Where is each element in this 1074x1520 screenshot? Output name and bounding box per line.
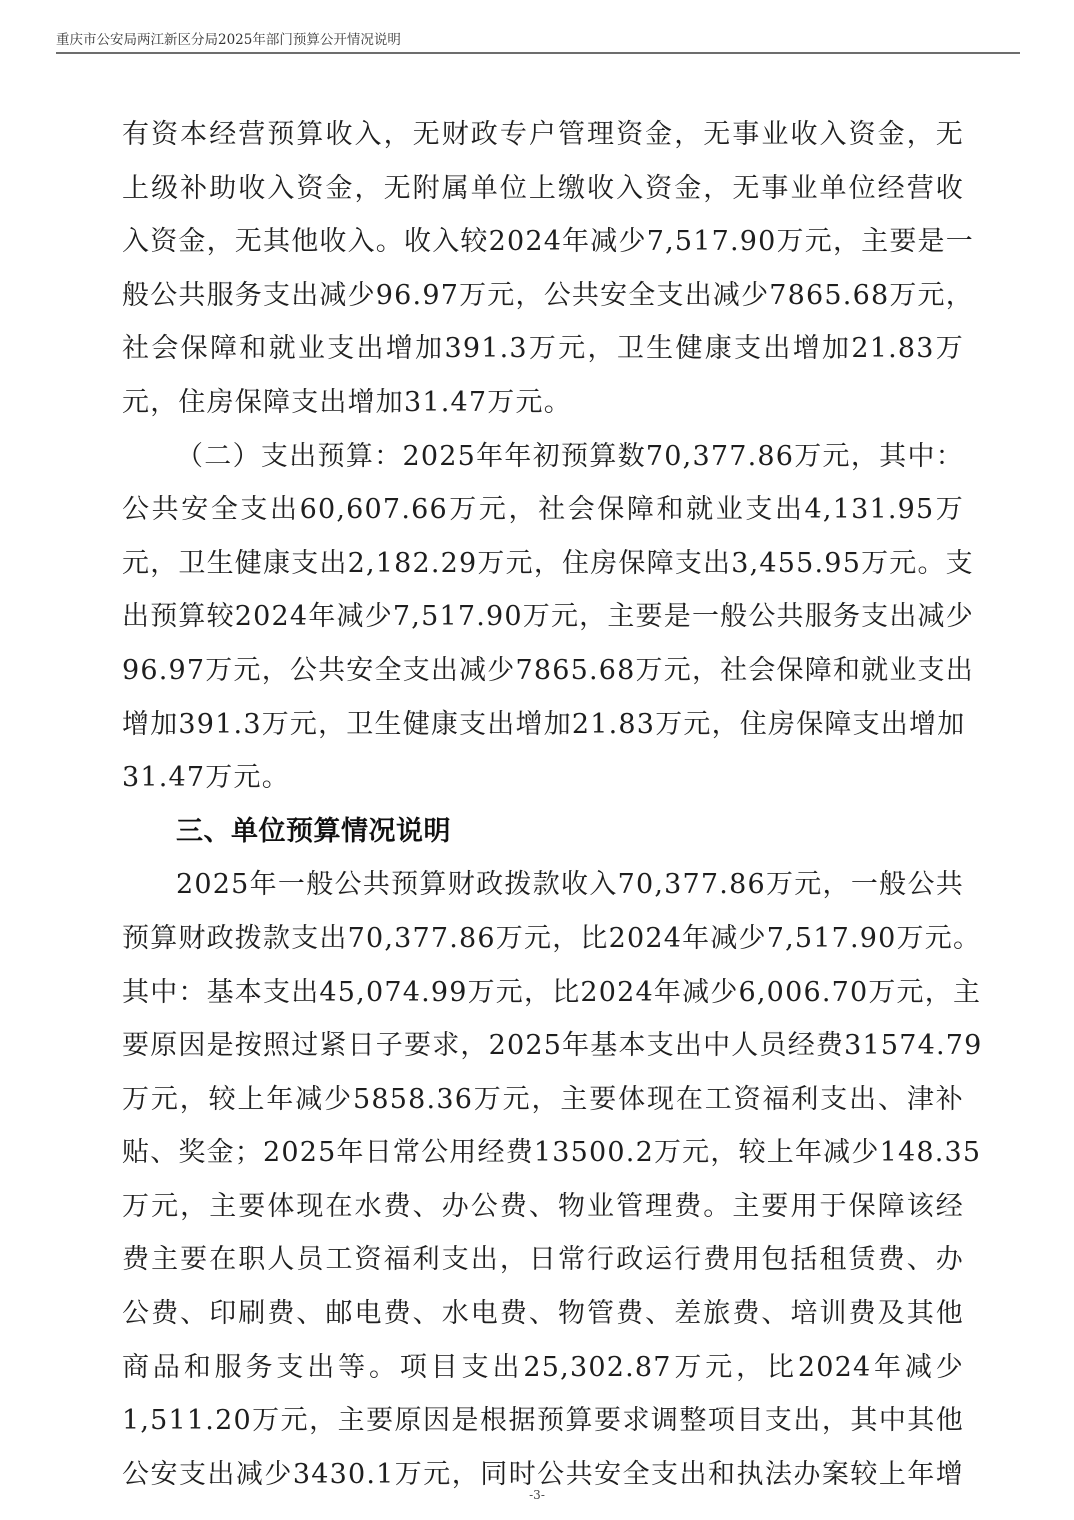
body-line: 万元，较上年减少5858.36万元，主要体现在工资福利支出、津补 — [122, 1073, 964, 1127]
body-line: 元，住房保障支出增加31.47万元。 — [122, 376, 964, 430]
body-line: 要原因是按照过紧日子要求，2025年基本支出中人员经费31574.79 — [122, 1019, 964, 1073]
body-line: 公费、印刷费、邮电费、水电费、物管费、差旅费、培训费及其他 — [122, 1287, 964, 1341]
page-header: 重庆市公安局两江新区分局2025年部门预算公开情况说明 — [56, 30, 1020, 50]
header-divider — [56, 52, 1020, 54]
body-line: 万元，主要体现在水费、办公费、物业管理费。主要用于保障该经 — [122, 1180, 964, 1234]
body-line: 2025年一般公共预算财政拨款收入70,377.86万元，一般公共 — [122, 858, 964, 912]
body-line: 社会保障和就业支出增加391.3万元，卫生健康支出增加21.83万 — [122, 322, 964, 376]
body-line: 上级补助收入资金，无附属单位上缴收入资金，无事业单位经营收 — [122, 162, 964, 216]
body-line: 预算财政拨款支出70,377.86万元，比2024年减少7,517.90万元。 — [122, 912, 964, 966]
body-line: 元，卫生健康支出2,182.29万元，住房保障支出3,455.95万元。支 — [122, 537, 964, 591]
body-line: 商品和服务支出等。项目支出25,302.87万元，比2024年减少 — [122, 1341, 964, 1395]
body-line: 出预算较2024年减少7,517.90万元，主要是一般公共服务支出减少 — [122, 590, 964, 644]
body-line: 般公共服务支出减少96.97万元，公共安全支出减少7865.68万元， — [122, 269, 964, 323]
body-line: 96.97万元，公共安全支出减少7865.68万元，社会保障和就业支出 — [122, 644, 964, 698]
subsection-expenditure-budget-line: （二）支出预算：2025年年初预算数70,377.86万元，其中： — [122, 430, 964, 484]
body-line: 入资金，无其他收入。收入较2024年减少7,517.90万元，主要是一 — [122, 215, 964, 269]
page-number: -3- — [0, 1488, 1074, 1502]
body-line: 1,511.20万元，主要原因是根据预算要求调整项目支出，其中其他 — [122, 1394, 964, 1448]
body-line: 费主要在职人员工资福利支出，日常行政运行费用包括租赁费、办 — [122, 1233, 964, 1287]
body-line: 贴、奖金；2025年日常公用经费13500.2万元，较上年减少148.35 — [122, 1126, 964, 1180]
document-running-title: 重庆市公安局两江新区分局2025年部门预算公开情况说明 — [56, 30, 1020, 50]
body-line: 其中：基本支出45,074.99万元，比2024年减少6,006.70万元，主 — [122, 966, 964, 1020]
body-line: 有资本经营预算收入，无财政专户管理资金，无事业收入资金，无 — [122, 108, 964, 162]
body-line: 增加391.3万元，卫生健康支出增加21.83万元，住房保障支出增加 — [122, 698, 964, 752]
document-body: 有资本经营预算收入，无财政专户管理资金，无事业收入资金，无 上级补助收入资金，无… — [122, 108, 964, 1501]
section-heading: 三、单位预算情况说明 — [122, 805, 964, 859]
body-line: 公共安全支出60,607.66万元，社会保障和就业支出4,131.95万 — [122, 483, 964, 537]
body-line: 31.47万元。 — [122, 751, 964, 805]
